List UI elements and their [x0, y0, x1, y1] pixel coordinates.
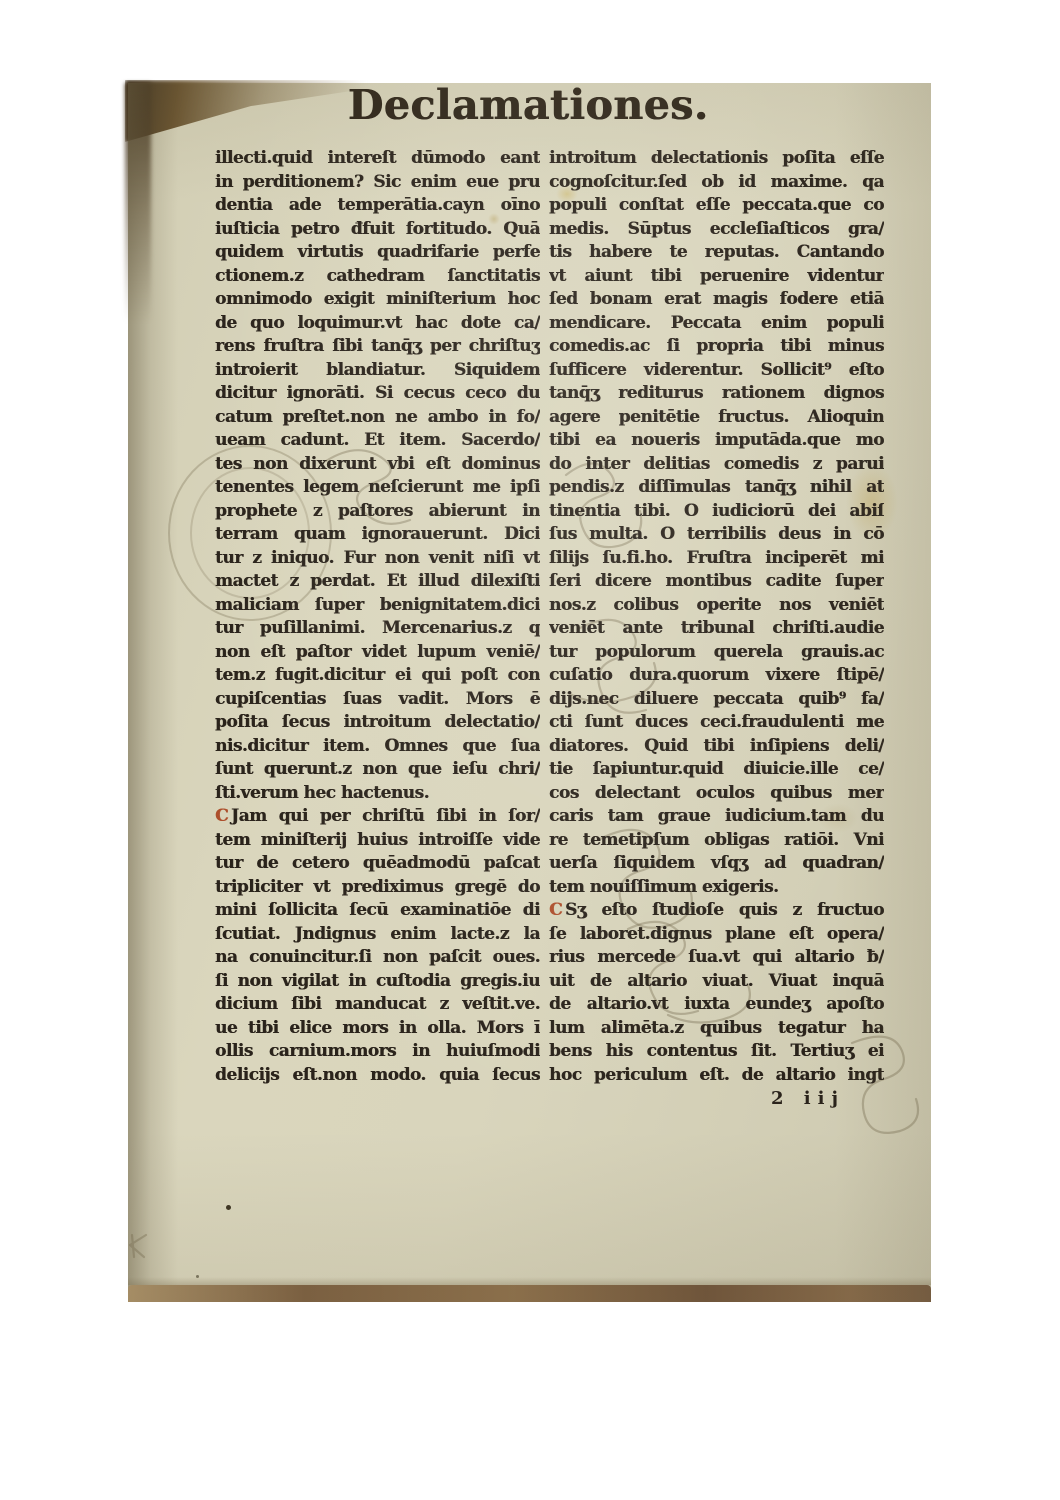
text-line: ſunt querunt.z non que ieſu chri/: [215, 758, 540, 782]
text-line: na conuincitur.ſi non paſcit oues.: [215, 946, 540, 970]
text-line: tem miniſterij huius introiſſe vide: [215, 829, 540, 853]
text-line: ſufficere viderentur. Sollicit⁹ eſto: [549, 359, 884, 383]
text-line: diatores. Quid tibi inſipiens deli/: [549, 735, 884, 759]
text-line: uerſa ſiquidem vſqʒ ad quadran/: [549, 852, 884, 876]
book-edge-strip: [128, 1285, 931, 1302]
text-line: quidem virtutis quadrifarie perfe: [215, 241, 540, 265]
text-line: uit de altario viuat. Viuat inquā: [549, 970, 884, 994]
right-column: introitum delectationis poſita eſſe cogn…: [549, 147, 884, 1087]
text-line: iuſticia petro đfuit fortitudo. Quā: [215, 218, 540, 242]
text-line: tibi ea noueris imputāda.que mo: [549, 429, 884, 453]
text-line: lum alimēta.z quibus tegatur ha: [549, 1017, 884, 1041]
text-line: bens his contentus ſit. Tertiuʒ ei: [549, 1040, 884, 1064]
text-line: tur de cetero quēadmodū paſcat: [215, 852, 540, 876]
text-line: mendicare. Peccata enim populi: [549, 312, 884, 336]
text-line: CJam qui per chriſtū ſibi in ſor/: [215, 805, 540, 829]
text-line: in perditionem? Sic enim eue pru: [215, 171, 540, 195]
text-line: tur puſillanimi. Mercenarius.z q: [215, 617, 540, 641]
text-line: ollis carnium.mors in huiuſmodi: [215, 1040, 540, 1064]
text-line: tur z iniquo. Fur non venit niſi vt: [215, 547, 540, 571]
page-title: Declamationes.: [328, 81, 728, 129]
text-line: omnimodo exigit miniſterium hoc: [215, 288, 540, 312]
text-line: nis.dicitur item. Omnes que ſua: [215, 735, 540, 759]
text-line: illecti.quid intereſt dūmodo eant: [215, 147, 540, 171]
text-line: tur populorum querela grauis.ac: [549, 641, 884, 665]
ink-speck: [226, 1205, 231, 1210]
text-line: ſus multa. O terribilis deus in cō: [549, 523, 884, 547]
text-line: terram quam ignorauerunt. Dici: [215, 523, 540, 547]
text-line: ſcutiat. Jndignus enim lacte.z la: [215, 923, 540, 947]
text-line: tinentia tibi. O iudiciorū dei abiſ: [549, 500, 884, 524]
left-column: illecti.quid intereſt dūmodo eant in per…: [215, 147, 540, 1087]
rubric-pilcrow: C: [549, 900, 565, 920]
text-line: tes non dixerunt vbi eſt dominus: [215, 453, 540, 477]
text-line: nos.z colibus operite nos veniēt: [549, 594, 884, 618]
text-line-rest: Sʒ eſto ſtudioſe quis z fructuo: [565, 900, 884, 920]
text-line: non eſt paſtor videt lupum veniē/: [215, 641, 540, 665]
text-line: dicitur ignorāti. Si cecus ceco du: [215, 382, 540, 406]
text-line: cos delectant oculos quibus mer: [549, 782, 884, 806]
text-line: ueam cadunt. Et item. Sacerdo/: [215, 429, 540, 453]
text-line: ue tibi elice mors in olla. Mors ī: [215, 1017, 540, 1041]
text-line: dijs.nec diluere peccata quib⁹ fa/: [549, 688, 884, 712]
text-line: mini ſollicita ſecū examinatiōe di: [215, 899, 540, 923]
text-line: caris tam graue iudicium.tam du: [549, 805, 884, 829]
text-line: cti ſunt duces ceci.fraudulenti me: [549, 711, 884, 735]
text-line: cognoſcitur.ſed ob id maxime. qa: [549, 171, 884, 195]
scanned-book-photo: Declamationes. illecti.quid intereſt dūm…: [0, 0, 1060, 1500]
text-line: hoc periculum eſt. de altario ingt: [549, 1064, 884, 1088]
text-line: tis habere te reputas. Cantando: [549, 241, 884, 265]
text-line: dicium ſibi manducat z veſtit.ve.: [215, 993, 540, 1017]
page-bottom-shadow: [128, 1277, 931, 1285]
text-line: tie ſapiuntur.quid diuicie.ille ce/: [549, 758, 884, 782]
text-line: maliciam ſuper benignitatem.dici: [215, 594, 540, 618]
text-line: tenentes legem neſcierunt me ipſi: [215, 476, 540, 500]
text-line: vt aiunt tibi peruenire videntur: [549, 265, 884, 289]
text-line: poſita ſecus introitum delectatio/: [215, 711, 540, 735]
text-line: rius mercede ſua.vt qui altario ƀ/: [549, 946, 884, 970]
text-line: tripliciter vt prediximus gregē do: [215, 876, 540, 900]
text-line: tem.z fugit.dicitur ei qui poſt con: [215, 664, 540, 688]
text-line: do inter delitias comedis z parui: [549, 453, 884, 477]
text-line: cuſatio dura.quorum vixere ſtipē/: [549, 664, 884, 688]
text-line: de altario.vt iuxta eundeʒ apoſto: [549, 993, 884, 1017]
text-line: comedis.ac ſi propria tibi minus: [549, 335, 884, 359]
text-line: catum preſtet.non ne ambo in fo/: [215, 406, 540, 430]
text-line: prophete z paſtores abierunt in: [215, 500, 540, 524]
text-line-rest: Jam qui per chriſtū ſibi in ſor/: [231, 806, 540, 826]
text-line: delicijs eſt.non modo. quia ſecus: [215, 1064, 540, 1088]
text-line: mactet z perdat. Et illud dilexiſti: [215, 570, 540, 594]
text-line: ſi non vigilat in cuſtodia gregis.iu: [215, 970, 540, 994]
text-line: ctionem.z cathedram ſanctitatis: [215, 265, 540, 289]
text-line: veniēt ante tribunal chriſti.audie: [549, 617, 884, 641]
text-line: medis. Sūptus eccleſiaſticos gra/: [549, 218, 884, 242]
book-page: Declamationes. illecti.quid intereſt dūm…: [128, 83, 931, 1302]
text-line: de quo loquimur.vt hac dote ca/: [215, 312, 540, 336]
text-line: ſeri dicere montibus cadite ſuper: [549, 570, 884, 594]
text-line: ſe laboret.dignus plane eſt opera/: [549, 923, 884, 947]
text-line: dentia ade temperātia.cayn oīno: [215, 194, 540, 218]
text-line: ſti.verum hec hactenus.: [215, 782, 540, 806]
text-line: populi conſtat eſſe peccata.que co: [549, 194, 884, 218]
text-line: CSʒ eſto ſtudioſe quis z fructuo: [549, 899, 884, 923]
text-line: agere penitētie fructus. Alioquin: [549, 406, 884, 430]
text-line: cupiſcentias ſuas vadit. Mors ē: [215, 688, 540, 712]
text-line: tanq̄ʒ rediturus rationem dignos: [549, 382, 884, 406]
text-line: tem nouiſſimum exigeris.: [549, 876, 884, 900]
text-line: rens fruſtra ſibi tanq̄ʒ per chriſtuʒ: [215, 335, 540, 359]
gutter-shadow: [128, 83, 178, 1302]
text-line: re temetipſum obligas ratiōi. Vni: [549, 829, 884, 853]
text-line: ſed bonam erat magis fodere etiā: [549, 288, 884, 312]
text-line: introierit blandiatur. Siquidem: [215, 359, 540, 383]
rubric-pilcrow: C: [215, 806, 231, 826]
text-line: introitum delectationis poſita eſſe: [549, 147, 884, 171]
text-line: pendis.z diſſimulas tanq̄ʒ nihil at: [549, 476, 884, 500]
quire-signature: 2 iij: [728, 1088, 888, 1109]
text-line: ſilijs ſu.fi.ho. Fruſtra inciperēt mi: [549, 547, 884, 571]
